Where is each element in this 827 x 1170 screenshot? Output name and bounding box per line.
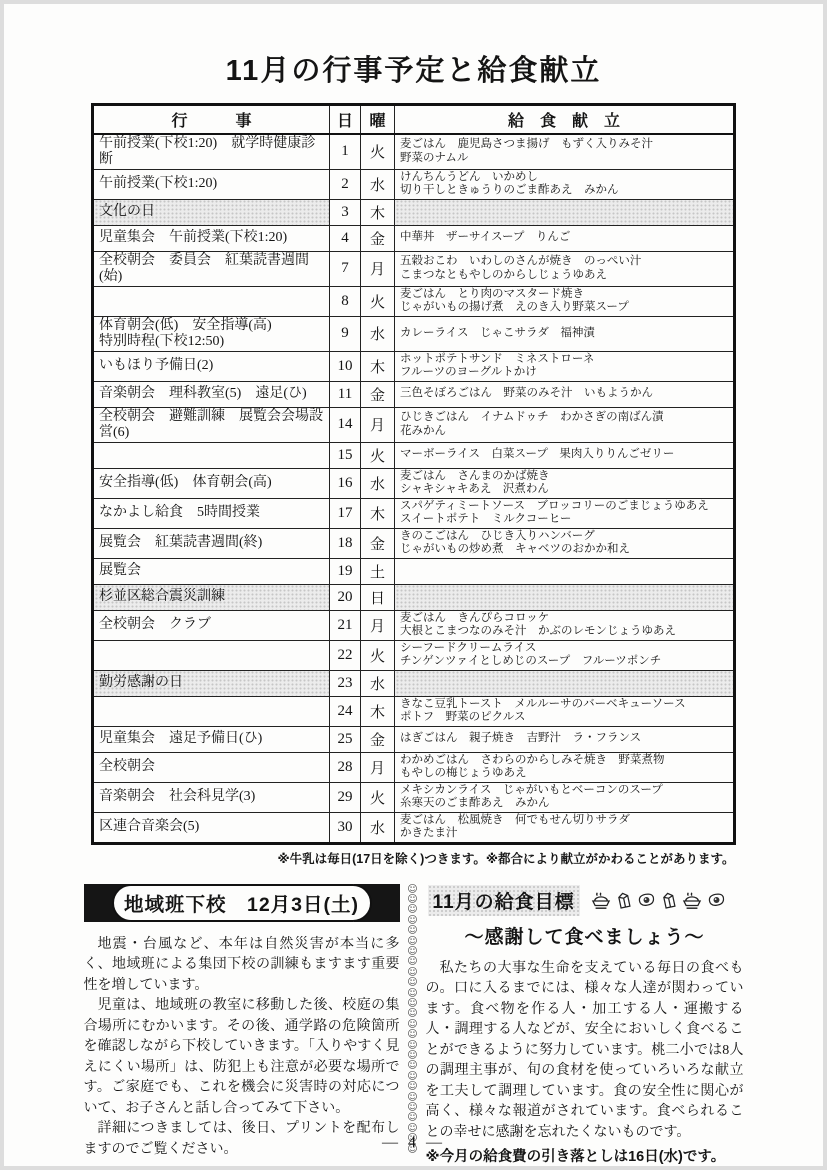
fried-egg-icon xyxy=(636,891,657,909)
event-cell: 全校朝会 委員会 紅葉読書週間(始) xyxy=(93,251,330,286)
smiley-divider: ☺☺☺☺☺☺☺☺☺☺☺☺☺☺☺☺☺☺☺☺☺☺☺☺☺☺ xyxy=(400,883,426,1167)
day-cell: 19 xyxy=(330,558,361,584)
weekday-cell: 金 xyxy=(361,726,395,752)
weekday-cell: 火 xyxy=(361,442,395,468)
newsletter-page: 11月の行事予定と給食献立 行 事 日 曜 給 食 献 立 午前授業(下校1:2… xyxy=(0,0,827,1170)
event-cell: 体育朝会(低) 安全指導(高)特別時程(下校12:50) xyxy=(93,316,330,351)
menu-cell: カレーライス じゃこサラダ 福神漬 xyxy=(395,316,735,351)
day-cell: 4 xyxy=(330,225,361,251)
event-cell xyxy=(93,640,330,670)
day-cell: 9 xyxy=(330,316,361,351)
event-cell: 文化の日 xyxy=(93,199,330,225)
event-cell: 午前授業(下校1:20) xyxy=(93,169,330,199)
table-row: 体育朝会(低) 安全指導(高)特別時程(下校12:50)9水カレーライス じゃこ… xyxy=(93,316,735,351)
table-row: 午前授業(下校1:20) 就学時健康診断1火麦ごはん 鹿児島さつま揚げ もずく入… xyxy=(93,134,735,170)
menu-cell: けんちんうどん いかめし切り干しときゅうりのごま酢あえ みかん xyxy=(395,169,735,199)
event-cell: 全校朝会 クラブ xyxy=(93,610,330,640)
table-row: 児童集会 午前授業(下校1:20)4金中華丼 ザーサイスープ りんご xyxy=(93,225,735,251)
lunch-goal-heading: 11月の給食目標 xyxy=(428,885,580,916)
steaming-dish-icon xyxy=(681,891,703,910)
table-row: いもほり予備日(2)10木ホットポテトサンド ミネストローネフルーツのヨーグルト… xyxy=(93,351,735,381)
article-paragraph: 児童は、地域班の教室に移動した後、校庭の集合場所にむかいます。その後、通学路の危… xyxy=(84,996,400,1119)
bottom-articles: 地域班下校 12月3日(土) 地震・台風など、本年は自然災害が本当に多く、地域班… xyxy=(84,883,744,1167)
event-cell: 午前授業(下校1:20) 就学時健康診断 xyxy=(93,134,330,170)
day-cell: 2 xyxy=(330,169,361,199)
weekday-cell: 火 xyxy=(361,640,395,670)
weekday-cell: 金 xyxy=(361,381,395,407)
article-paragraph: 地震・台風など、本年は自然災害が本当に多く、地域班による集団下校の訓練もますます… xyxy=(84,935,400,997)
lunch-goal-subheading: ～感謝して食べましょう～ xyxy=(426,922,744,949)
weekday-cell: 水 xyxy=(361,468,395,498)
weekday-cell: 水 xyxy=(361,812,395,843)
table-row: 杉並区総合震災訓練20日 xyxy=(93,584,735,610)
menu-cell: わかめごはん さわらのからしみそ焼き 野菜煮物もやしの梅じょうゆあえ xyxy=(395,752,735,782)
menu-cell: ひじきごはん イナムドゥチ わかさぎの南ばん漬花みかん xyxy=(395,407,735,442)
steaming-dish-icon xyxy=(590,891,612,910)
menu-cell: ホットポテトサンド ミネストローネフルーツのヨーグルトかけ xyxy=(395,351,735,381)
table-row: 全校朝会 避難訓練 展覧会会場設営(6)14月ひじきごはん イナムドゥチ わかさ… xyxy=(93,407,735,442)
page-number: — 4 — xyxy=(4,1134,823,1152)
menu-cell xyxy=(395,584,735,610)
milk-carton-icon xyxy=(615,890,633,910)
district-dismissal-banner: 地域班下校 12月3日(土) xyxy=(84,883,400,923)
table-row: 全校朝会 委員会 紅葉読書週間(始)7月五穀おこわ いわしのさんが焼き のっぺい… xyxy=(93,251,735,286)
day-cell: 20 xyxy=(330,584,361,610)
event-cell xyxy=(93,696,330,726)
table-row: 15火マーボーライス 白菜スープ 果肉入りりんごゼリー xyxy=(93,442,735,468)
day-cell: 11 xyxy=(330,381,361,407)
lunch-goal-article: 11月の給食目標 ～感謝して食べましょう～ 私たちの大事な生命を支えている毎日の… xyxy=(426,883,744,1167)
table-row: 安全指導(低) 体育朝会(高)16水麦ごはん さんまのかば焼きシャキシャキあえ … xyxy=(93,468,735,498)
header-event: 行 事 xyxy=(93,105,330,134)
day-cell: 18 xyxy=(330,528,361,558)
day-cell: 22 xyxy=(330,640,361,670)
day-cell: 23 xyxy=(330,670,361,696)
weekday-cell: 水 xyxy=(361,316,395,351)
milk-footnote: ※牛乳は毎日(17日を除く)つきます。※都合により献立がかわることがあります。 xyxy=(93,849,735,867)
header-day: 日 xyxy=(330,105,361,134)
event-cell: 区連合音楽会(5) xyxy=(93,812,330,843)
day-cell: 24 xyxy=(330,696,361,726)
event-cell: 音楽朝会 社会科見学(3) xyxy=(93,782,330,812)
weekday-cell: 木 xyxy=(361,498,395,528)
fried-egg-icon xyxy=(706,891,727,909)
district-dismissal-article: 地域班下校 12月3日(土) 地震・台風など、本年は自然災害が本当に多く、地域班… xyxy=(84,883,400,1167)
weekday-cell: 月 xyxy=(361,407,395,442)
event-cell: いもほり予備日(2) xyxy=(93,351,330,381)
page-title: 11月の行事予定と給食献立 xyxy=(4,48,823,89)
weekday-cell: 木 xyxy=(361,351,395,381)
table-row: 区連合音楽会(5)30水麦ごはん 松風焼き 何でもせん切りサラダかきたま汁 xyxy=(93,812,735,843)
event-cell: 杉並区総合震災訓練 xyxy=(93,584,330,610)
lunch-goal-header-row: 11月の給食目標 xyxy=(428,885,744,916)
weekday-cell: 日 xyxy=(361,584,395,610)
header-menu: 給 食 献 立 xyxy=(395,105,735,134)
menu-cell: メキシカンライス じゃがいもとベーコンのスープ糸寒天のごま酢あえ みかん xyxy=(395,782,735,812)
table-row: 展覧会19土 xyxy=(93,558,735,584)
schedule-menu-table: 行 事 日 曜 給 食 献 立 午前授業(下校1:20) 就学時健康診断1火麦ご… xyxy=(91,103,736,845)
day-cell: 16 xyxy=(330,468,361,498)
table-row: 児童集会 遠足予備日(ひ)25金はぎごはん 親子焼き 吉野汁 ラ・フランス xyxy=(93,726,735,752)
menu-cell: 麦ごはん 松風焼き 何でもせん切りサラダかきたま汁 xyxy=(395,812,735,843)
table-row: 24木きなこ豆乳トースト メルルーサのバーベキューソースポトフ 野菜のピクルス xyxy=(93,696,735,726)
table-row: なかよし給食 5時間授業17木スパゲティミートソース ブロッコリーのごまじょうゆ… xyxy=(93,498,735,528)
table-row: 22火シーフードクリームライスチンゲンツァイとしめじのスープ フルーツポンチ xyxy=(93,640,735,670)
event-cell: 音楽朝会 理科教室(5) 遠足(ひ) xyxy=(93,381,330,407)
menu-cell: マーボーライス 白菜スープ 果肉入りりんごゼリー xyxy=(395,442,735,468)
day-cell: 10 xyxy=(330,351,361,381)
weekday-cell: 金 xyxy=(361,225,395,251)
event-cell: 全校朝会 xyxy=(93,752,330,782)
menu-cell: シーフードクリームライスチンゲンツァイとしめじのスープ フルーツポンチ xyxy=(395,640,735,670)
menu-cell: 麦ごはん きんぴらコロッケ大根とこまつなのみそ汁 かぶのレモンじょうゆあえ xyxy=(395,610,735,640)
weekday-cell: 火 xyxy=(361,286,395,316)
menu-cell xyxy=(395,670,735,696)
event-cell: なかよし給食 5時間授業 xyxy=(93,498,330,528)
day-cell: 14 xyxy=(330,407,361,442)
event-cell xyxy=(93,442,330,468)
day-cell: 7 xyxy=(330,251,361,286)
event-cell: 展覧会 紅葉読書週間(終) xyxy=(93,528,330,558)
smiley-icon: ☺ xyxy=(400,978,426,988)
menu-cell xyxy=(395,558,735,584)
food-icons xyxy=(590,890,727,910)
table-row: 勤労感謝の日23水 xyxy=(93,670,735,696)
weekday-cell: 火 xyxy=(361,134,395,170)
weekday-cell: 月 xyxy=(361,752,395,782)
menu-cell: 中華丼 ザーサイスープ りんご xyxy=(395,225,735,251)
day-cell: 29 xyxy=(330,782,361,812)
menu-cell: 三色そぼろごはん 野菜のみそ汁 いもようかん xyxy=(395,381,735,407)
table-row: 8火麦ごはん とり肉のマスタード焼きじゃがいもの揚げ煮 えのき入り野菜スープ xyxy=(93,286,735,316)
event-cell: 展覧会 xyxy=(93,558,330,584)
event-cell: 勤労感謝の日 xyxy=(93,670,330,696)
menu-cell: 麦ごはん 鹿児島さつま揚げ もずく入りみそ汁野菜のナムル xyxy=(395,134,735,170)
day-cell: 28 xyxy=(330,752,361,782)
weekday-cell: 月 xyxy=(361,610,395,640)
table-header-row: 行 事 日 曜 給 食 献 立 xyxy=(93,105,735,134)
day-cell: 21 xyxy=(330,610,361,640)
table-row: 全校朝会28月わかめごはん さわらのからしみそ焼き 野菜煮物もやしの梅じょうゆあ… xyxy=(93,752,735,782)
menu-cell: 麦ごはん さんまのかば焼きシャキシャキあえ 沢煮わん xyxy=(395,468,735,498)
day-cell: 8 xyxy=(330,286,361,316)
day-cell: 17 xyxy=(330,498,361,528)
weekday-cell: 水 xyxy=(361,169,395,199)
weekday-cell: 月 xyxy=(361,251,395,286)
event-cell: 児童集会 午前授業(下校1:20) xyxy=(93,225,330,251)
menu-cell: 五穀おこわ いわしのさんが焼き のっぺい汁こまつなともやしのからしじょうゆあえ xyxy=(395,251,735,286)
event-cell: 児童集会 遠足予備日(ひ) xyxy=(93,726,330,752)
day-cell: 3 xyxy=(330,199,361,225)
menu-cell: 麦ごはん とり肉のマスタード焼きじゃがいもの揚げ煮 えのき入り野菜スープ xyxy=(395,286,735,316)
event-cell: 安全指導(低) 体育朝会(高) xyxy=(93,468,330,498)
event-cell: 全校朝会 避難訓練 展覧会会場設営(6) xyxy=(93,407,330,442)
district-dismissal-heading: 地域班下校 12月3日(土) xyxy=(112,884,372,922)
menu-cell: きのこごはん ひじき入りハンバーグじゃがいもの炒め煮 キャベツのおかか和え xyxy=(395,528,735,558)
table-row: 音楽朝会 理科教室(5) 遠足(ひ)11金三色そぼろごはん 野菜のみそ汁 いもよ… xyxy=(93,381,735,407)
table-row: 午前授業(下校1:20)2水けんちんうどん いかめし切り干しときゅうりのごま酢あ… xyxy=(93,169,735,199)
menu-cell: スパゲティミートソース ブロッコリーのごまじょうゆあえスイートポテト ミルクコー… xyxy=(395,498,735,528)
menu-cell: はぎごはん 親子焼き 吉野汁 ラ・フランス xyxy=(395,726,735,752)
weekday-cell: 火 xyxy=(361,782,395,812)
article-paragraph: 私たちの大事な生命を支えている毎日の食べもの。口に入るまでには、様々な人達が関わ… xyxy=(426,959,744,1144)
table-row: 展覧会 紅葉読書週間(終)18金きのこごはん ひじき入りハンバーグじゃがいもの炒… xyxy=(93,528,735,558)
event-cell xyxy=(93,286,330,316)
weekday-cell: 水 xyxy=(361,670,395,696)
weekday-cell: 木 xyxy=(361,199,395,225)
day-cell: 15 xyxy=(330,442,361,468)
table-row: 音楽朝会 社会科見学(3)29火メキシカンライス じゃがいもとベーコンのスープ糸… xyxy=(93,782,735,812)
menu-cell: きなこ豆乳トースト メルルーサのバーベキューソースポトフ 野菜のピクルス xyxy=(395,696,735,726)
day-cell: 1 xyxy=(330,134,361,170)
smiley-icon: ☺ xyxy=(400,926,426,936)
weekday-cell: 金 xyxy=(361,528,395,558)
weekday-cell: 木 xyxy=(361,696,395,726)
header-weekday: 曜 xyxy=(361,105,395,134)
milk-carton-icon xyxy=(660,890,678,910)
day-cell: 25 xyxy=(330,726,361,752)
menu-cell xyxy=(395,199,735,225)
table-row: 全校朝会 クラブ21月麦ごはん きんぴらコロッケ大根とこまつなのみそ汁 かぶのレ… xyxy=(93,610,735,640)
day-cell: 30 xyxy=(330,812,361,843)
weekday-cell: 土 xyxy=(361,558,395,584)
table-row: 文化の日3木 xyxy=(93,199,735,225)
